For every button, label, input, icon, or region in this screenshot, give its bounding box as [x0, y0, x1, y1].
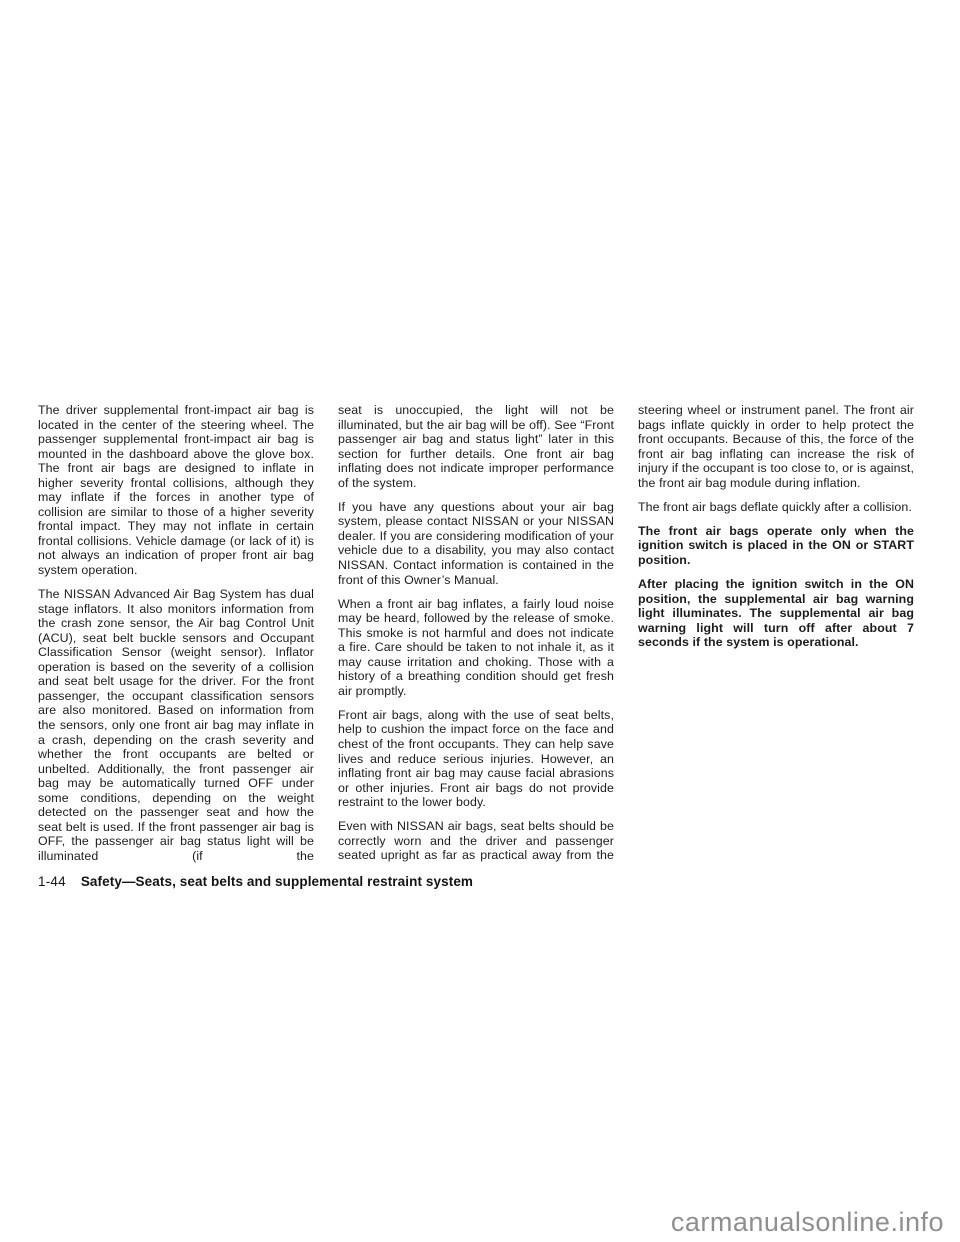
- paragraph: steering wheel or instrument panel. The …: [638, 403, 914, 490]
- watermark-text: carmanualsonline.info: [671, 1207, 944, 1238]
- text-column-3: steering wheel or instrument panel. The …: [638, 403, 914, 873]
- paragraph-bold-warning: The front air bags operate only when the…: [638, 524, 914, 568]
- paragraph: Front air bags, along with the use of se…: [338, 708, 614, 810]
- paragraph: The driver supplemental front-impact air…: [38, 403, 314, 578]
- page-footer: 1-44 Safety—Seats, seat belts and supple…: [38, 874, 473, 889]
- manual-page: The driver supplemental front-impact air…: [0, 0, 960, 1242]
- footer-section-title: Safety—Seats, seat belts and supplementa…: [81, 874, 473, 889]
- page-number: 1-44: [38, 874, 66, 889]
- paragraph: The front air bags deflate quickly after…: [638, 500, 914, 515]
- paragraph: The NISSAN Advanced Air Bag System has d…: [38, 587, 314, 863]
- paragraph: seat is unoccupied, the light will not b…: [338, 403, 614, 490]
- text-column-2: seat is unoccupied, the light will not b…: [338, 403, 614, 873]
- paragraph: If you have any questions about your air…: [338, 500, 614, 587]
- text-column-1: The driver supplemental front-impact air…: [38, 403, 314, 873]
- paragraph: When a front air bag inflates, a fairly …: [338, 597, 614, 699]
- page-content: The driver supplemental front-impact air…: [38, 403, 914, 873]
- paragraph: Even with NISSAN air bags, seat belts sh…: [338, 819, 614, 863]
- paragraph-bold-warning: After placing the ignition switch in the…: [638, 577, 914, 650]
